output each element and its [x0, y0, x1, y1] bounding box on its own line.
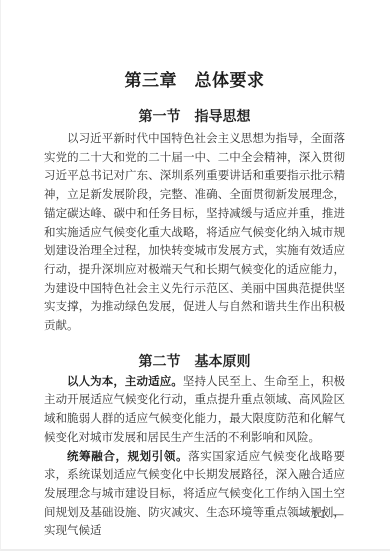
document-page: 第三章 总体要求 第一节 指导思想 以习近平新时代中国特色社会主义思想为指导，全…: [0, 0, 390, 551]
paragraph-people-first-lead: 以人为本，主动适应。: [67, 374, 183, 388]
paragraph-guiding-ideology-text: 以习近平新时代中国特色社会主义思想为指导，全面落实党的二十大和党的二十届一中、二…: [44, 131, 345, 332]
page-content: 第三章 总体要求 第一节 指导思想 以习近平新时代中国特色社会主义思想为指导，全…: [44, 0, 345, 540]
paragraph-people-first: 以人为本，主动适应。坚持人民至上、生命至上，积极主动开展适应气候变化行动，重点提…: [44, 372, 345, 447]
section-2-title: 第二节 基本原则: [44, 354, 345, 370]
paragraph-planning-guidance: 统筹融合，规划引领。落实国家适应气候变化战略要求，系统谋划适应气候变化中长期发展…: [44, 447, 345, 541]
chapter-title: 第三章 总体要求: [44, 0, 345, 91]
paragraph-planning-guidance-lead: 统筹融合，规划引领。: [67, 449, 188, 463]
section-1-title: 第一节 指导思想: [44, 109, 345, 125]
page-number: — 11 —: [294, 506, 345, 522]
paragraph-guiding-ideology: 以习近平新时代中国特色社会主义思想为指导，全面落实党的二十大和党的二十届一中、二…: [44, 129, 345, 335]
